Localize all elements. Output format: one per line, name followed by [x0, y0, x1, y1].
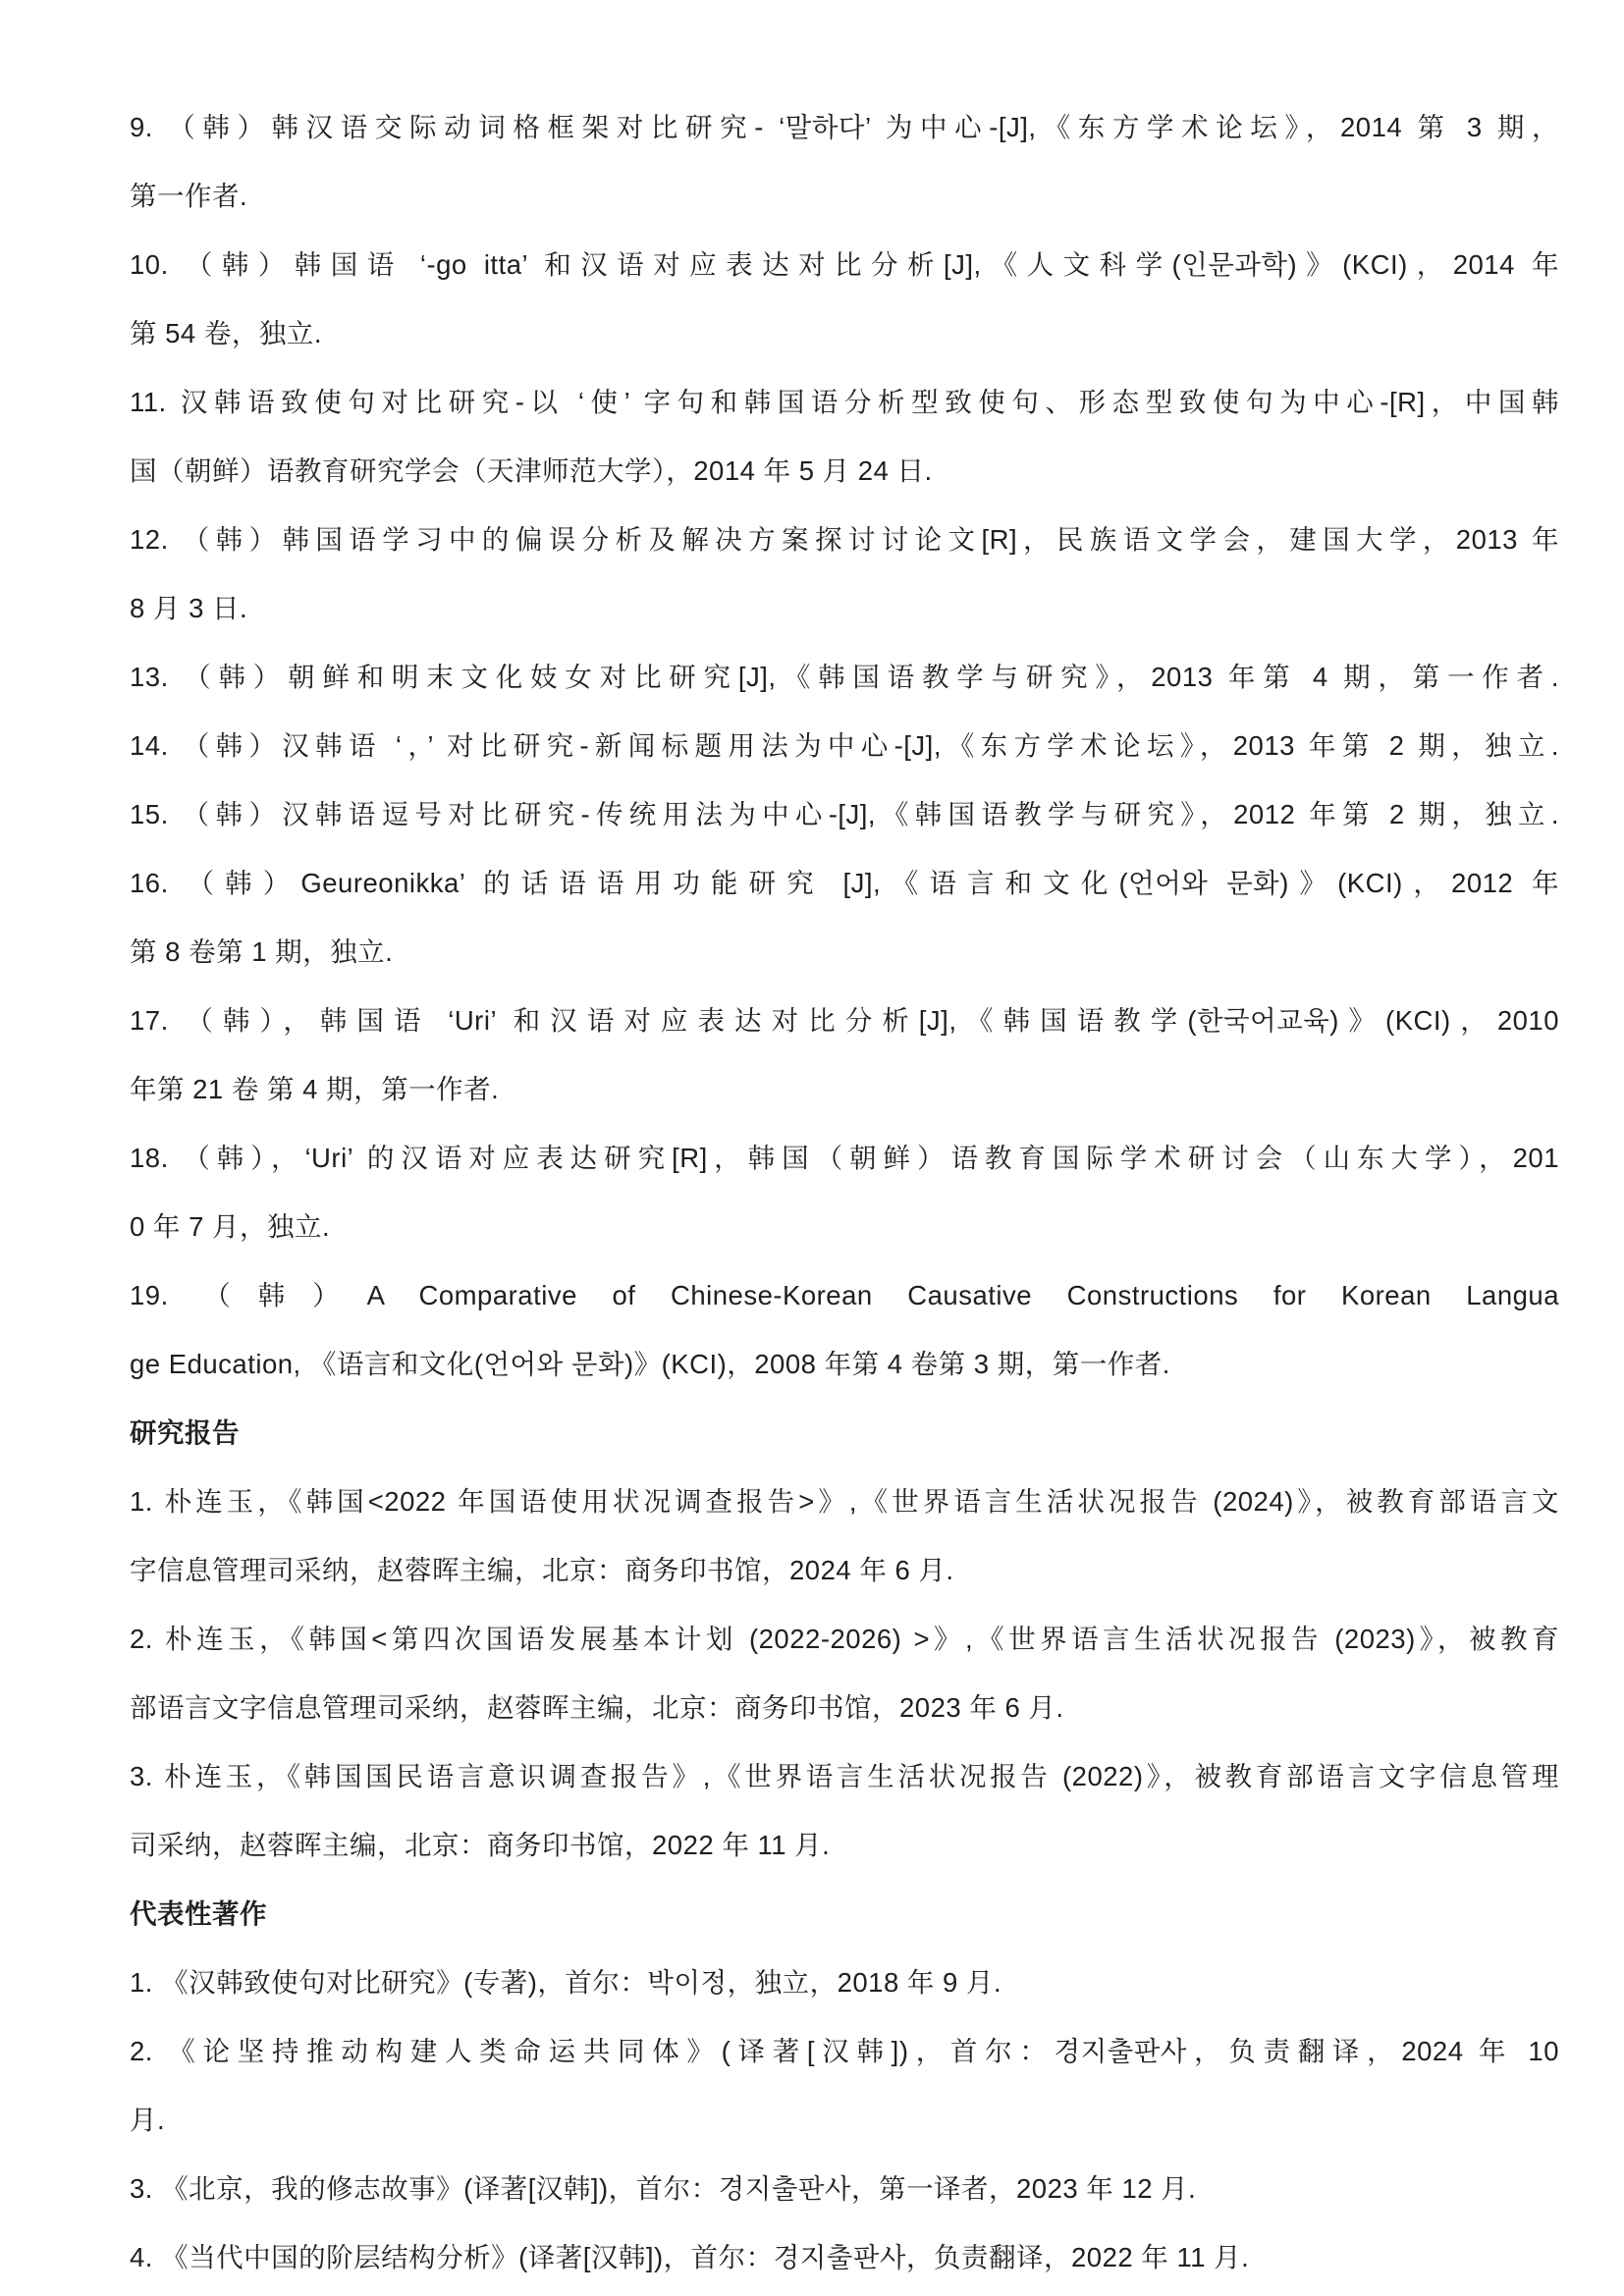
text-line: 12. （韩）韩国语学习中的偏误分析及解决方案探讨讨论文[R]，民族语文学会，建…	[130, 506, 1559, 574]
text-line: ge Education, 《语言和文化(언어와 문화)》(KCI)，2008 …	[130, 1330, 1559, 1399]
text-line: 司采纳，赵蓉晖主编，北京：商务印书馆，2022 年 11 月.	[130, 1811, 1559, 1880]
text-line: 15. （韩）汉韩语逗号对比研究-传统用法为中心-[J],《韩国语教学与研究》，…	[130, 780, 1559, 849]
reference-item: 10. （韩）韩国语 ‘-go itta’ 和汉语对应表达对比分析[J],《人文…	[130, 231, 1559, 368]
reference-item: 3. 《北京，我的修志故事》(译著[汉韩])，首尔：경지출판사，第一译者，202…	[130, 2155, 1559, 2223]
reference-item: 1. 《汉韩致使句对比研究》(专著)，首尔：박이정，独立，2018 年 9 月.	[130, 1949, 1559, 2017]
text-line: 3. 朴连玉，《韩国国民语言意识调查报告》,《世界语言生活状况报告 (2022)…	[130, 1742, 1559, 1811]
reference-item: 12. （韩）韩国语学习中的偏误分析及解决方案探讨讨论文[R]，民族语文学会，建…	[130, 506, 1559, 643]
text-line: 国（朝鲜）语教育研究学会（天津师范大学），2014 年 5 月 24 日.	[130, 437, 1559, 506]
reference-item: 19. （韩）A Comparative of Chinese-Korean C…	[130, 1261, 1559, 1399]
text-line: 3. 《北京，我的修志故事》(译著[汉韩])，首尔：경지출판사，第一译者，202…	[130, 2155, 1559, 2223]
section-heading: 代表性著作	[130, 1880, 1559, 1949]
section-heading: 研究报告	[130, 1399, 1559, 1468]
reference-item: 13. （韩）朝鲜和明末文化妓女对比研究[J],《韩国语教学与研究》，2013 …	[130, 643, 1559, 712]
reference-item: 1. 朴连玉，《韩国<2022 年国语使用状况调查报告>》,《世界语言生活状况报…	[130, 1468, 1559, 1605]
text-line: 8 月 3 日.	[130, 574, 1559, 643]
reference-item: 2. 朴连玉，《韩国<第四次国语发展基本计划 (2022-2026) >》,《世…	[130, 1605, 1559, 1742]
text-line: 第 54 卷，独立.	[130, 299, 1559, 368]
reference-item: 11. 汉韩语致使句对比研究-以 ‘使’ 字句和韩国语分析型致使句、形态型致使句…	[130, 368, 1559, 506]
text-line: 10. （韩）韩国语 ‘-go itta’ 和汉语对应表达对比分析[J],《人文…	[130, 231, 1559, 299]
reference-item: 15. （韩）汉韩语逗号对比研究-传统用法为中心-[J],《韩国语教学与研究》，…	[130, 780, 1559, 849]
reference-item: 4. 《当代中国的阶层结构分析》(译著[汉韩])，首尔：경지출판사，负责翻译，2…	[130, 2223, 1559, 2292]
document-content: 9. （韩）韩汉语交际动词格框架对比研究- ‘말하다’ 为中心-[J],《东方学…	[130, 93, 1559, 2292]
text-line: 部语言文字信息管理司采纳，赵蓉晖主编，北京：商务印书馆，2023 年 6 月.	[130, 1674, 1559, 1742]
reference-item: 2. 《论坚持推动构建人类命运共同体》(译著[汉韩])，首尔：경지출판사，负责翻…	[130, 2017, 1559, 2155]
reference-item: 14. （韩）汉韩语 ‘，’ 对比研究-新闻标题用法为中心-[J],《东方学术论…	[130, 712, 1559, 780]
reference-item: 17. （韩），韩国语 ‘Uri’ 和汉语对应表达对比分析[J],《韩国语教学(…	[130, 987, 1559, 1124]
text-line: 1. 《汉韩致使句对比研究》(专著)，首尔：박이정，独立，2018 年 9 月.	[130, 1949, 1559, 2017]
text-line: 9. （韩）韩汉语交际动词格框架对比研究- ‘말하다’ 为中心-[J],《东方学…	[130, 93, 1559, 162]
text-line: 13. （韩）朝鲜和明末文化妓女对比研究[J],《韩国语教学与研究》，2013 …	[130, 643, 1559, 712]
text-line: 年第 21 卷 第 4 期，第一作者.	[130, 1055, 1559, 1124]
text-line: 16. （韩）Geureonikka’ 的话语语用功能研究 [J],《语言和文化…	[130, 849, 1559, 918]
text-line: 1. 朴连玉，《韩国<2022 年国语使用状况调查报告>》,《世界语言生活状况报…	[130, 1468, 1559, 1536]
text-line: 17. （韩），韩国语 ‘Uri’ 和汉语对应表达对比分析[J],《韩国语教学(…	[130, 987, 1559, 1055]
text-line: 2. 《论坚持推动构建人类命运共同体》(译著[汉韩])，首尔：경지출판사，负责翻…	[130, 2017, 1559, 2086]
text-line: 4. 《当代中国的阶层结构分析》(译著[汉韩])，首尔：경지출판사，负责翻译，2…	[130, 2223, 1559, 2292]
text-line: 0 年 7 月，独立.	[130, 1193, 1559, 1261]
text-line: 11. 汉韩语致使句对比研究-以 ‘使’ 字句和韩国语分析型致使句、形态型致使句…	[130, 368, 1559, 437]
text-line: 14. （韩）汉韩语 ‘，’ 对比研究-新闻标题用法为中心-[J],《东方学术论…	[130, 712, 1559, 780]
text-line: 研究报告	[130, 1399, 1559, 1468]
reference-item: 3. 朴连玉，《韩国国民语言意识调查报告》,《世界语言生活状况报告 (2022)…	[130, 1742, 1559, 1880]
reference-item: 18. （韩），‘Uri’ 的汉语对应表达研究[R]，韩国（朝鲜）语教育国际学术…	[130, 1124, 1559, 1261]
text-line: 2. 朴连玉，《韩国<第四次国语发展基本计划 (2022-2026) >》,《世…	[130, 1605, 1559, 1674]
text-line: 代表性著作	[130, 1880, 1559, 1949]
text-line: 第一作者.	[130, 162, 1559, 231]
reference-item: 9. （韩）韩汉语交际动词格框架对比研究- ‘말하다’ 为中心-[J],《东方学…	[130, 93, 1559, 231]
text-line: 字信息管理司采纳，赵蓉晖主编，北京：商务印书馆，2024 年 6 月.	[130, 1536, 1559, 1605]
document-page: 9. （韩）韩汉语交际动词格框架对比研究- ‘말하다’ 为中心-[J],《东方学…	[0, 0, 1624, 2296]
text-line: 18. （韩），‘Uri’ 的汉语对应表达研究[R]，韩国（朝鲜）语教育国际学术…	[130, 1124, 1559, 1193]
text-line: 月.	[130, 2086, 1559, 2155]
reference-item: 16. （韩）Geureonikka’ 的话语语用功能研究 [J],《语言和文化…	[130, 849, 1559, 987]
text-line: 19. （韩）A Comparative of Chinese-Korean C…	[130, 1261, 1559, 1330]
text-line: 第 8 卷第 1 期，独立.	[130, 918, 1559, 987]
